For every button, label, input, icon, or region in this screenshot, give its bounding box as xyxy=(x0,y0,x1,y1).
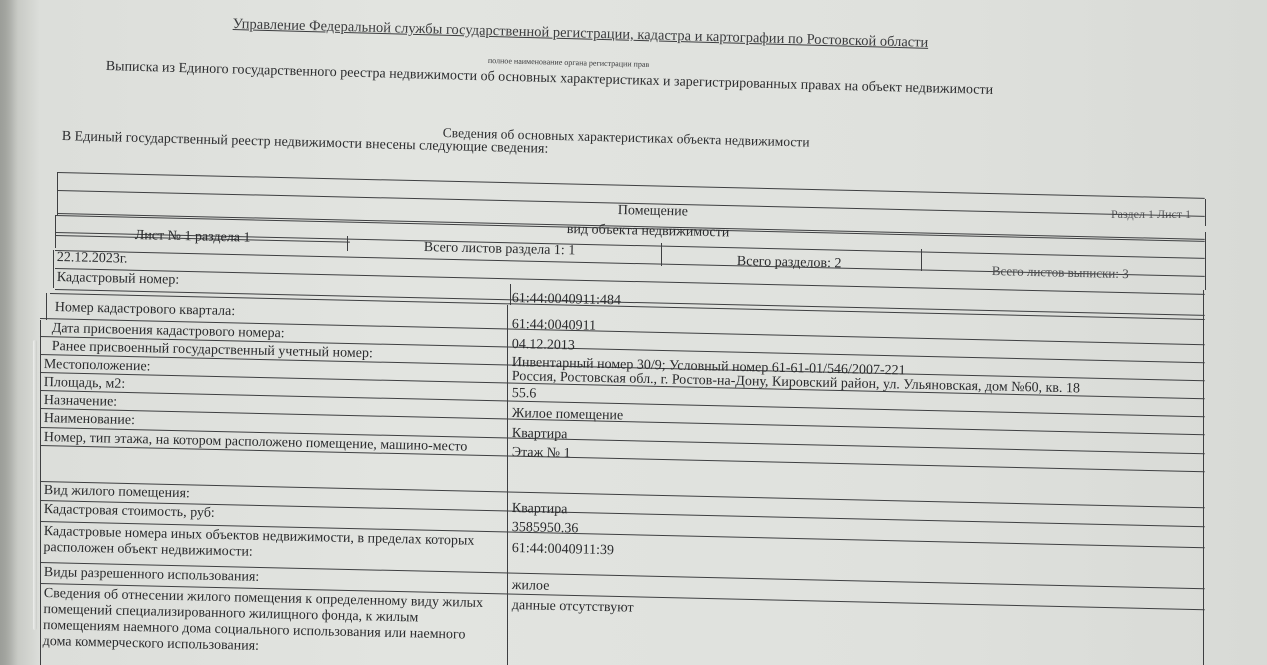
table-rule xyxy=(1205,199,1206,226)
row-label: Вид жилого помещения: xyxy=(44,483,190,502)
row-label: Наименование: xyxy=(44,411,135,429)
extract-date: 22.12.2023г. xyxy=(57,250,128,268)
paper-edge-shadow xyxy=(0,0,18,665)
paper-sheet: Управление Федеральной службы государств… xyxy=(0,0,1267,665)
row-value: данные отсутствуют xyxy=(512,598,634,617)
row-label: Сведения об отнесении жилого помещения к… xyxy=(43,586,494,660)
table-rule xyxy=(57,172,58,215)
row-value: жилое xyxy=(512,578,550,595)
sheet-label: Лист № 1 раздела 1 xyxy=(135,228,251,247)
row-label: Местоположение: xyxy=(44,357,151,375)
cadastral-number-label: Кадастровый номер: xyxy=(57,270,180,289)
row-value: 61:44:0040911 xyxy=(512,317,597,335)
total-sections: Всего разделов: 2 xyxy=(737,254,842,272)
row-value: 61:44:0040911:39 xyxy=(512,541,614,559)
table-rule xyxy=(40,320,41,665)
row-label: Площадь, м2: xyxy=(44,375,126,393)
table-rule xyxy=(661,243,662,266)
row-value: 04.12.2013 xyxy=(512,337,575,354)
row-label: Назначение: xyxy=(44,393,118,411)
table-rule xyxy=(46,293,47,320)
object-type-caption: вид объекта недвижимости xyxy=(567,222,730,241)
row-value: 3585950.36 xyxy=(512,520,579,537)
table-rule xyxy=(1205,232,1206,290)
document-photo: Управление Федеральной службы государств… xyxy=(0,0,1267,665)
table-rule xyxy=(1203,290,1204,665)
table-rule xyxy=(53,250,54,288)
row-value: Квартира xyxy=(512,426,568,443)
sheets-in-section: Всего листов раздела 1: 1 xyxy=(424,240,576,259)
cadastral-number-value: 61:44:0040911:484 xyxy=(512,291,621,309)
row-value: Этаж № 1 xyxy=(512,445,571,462)
row-value: Квартира xyxy=(512,501,568,518)
object-type: Помещение xyxy=(618,203,688,220)
row-value: 55.6 xyxy=(512,386,537,403)
table-rule xyxy=(347,236,348,251)
total-sheets: Всего листов выписки: 3 xyxy=(992,263,1129,282)
table-rule xyxy=(921,249,922,271)
row-value: Жилое помещение xyxy=(512,406,624,424)
paper-fold-mark xyxy=(33,340,37,630)
table-rule xyxy=(507,305,508,665)
